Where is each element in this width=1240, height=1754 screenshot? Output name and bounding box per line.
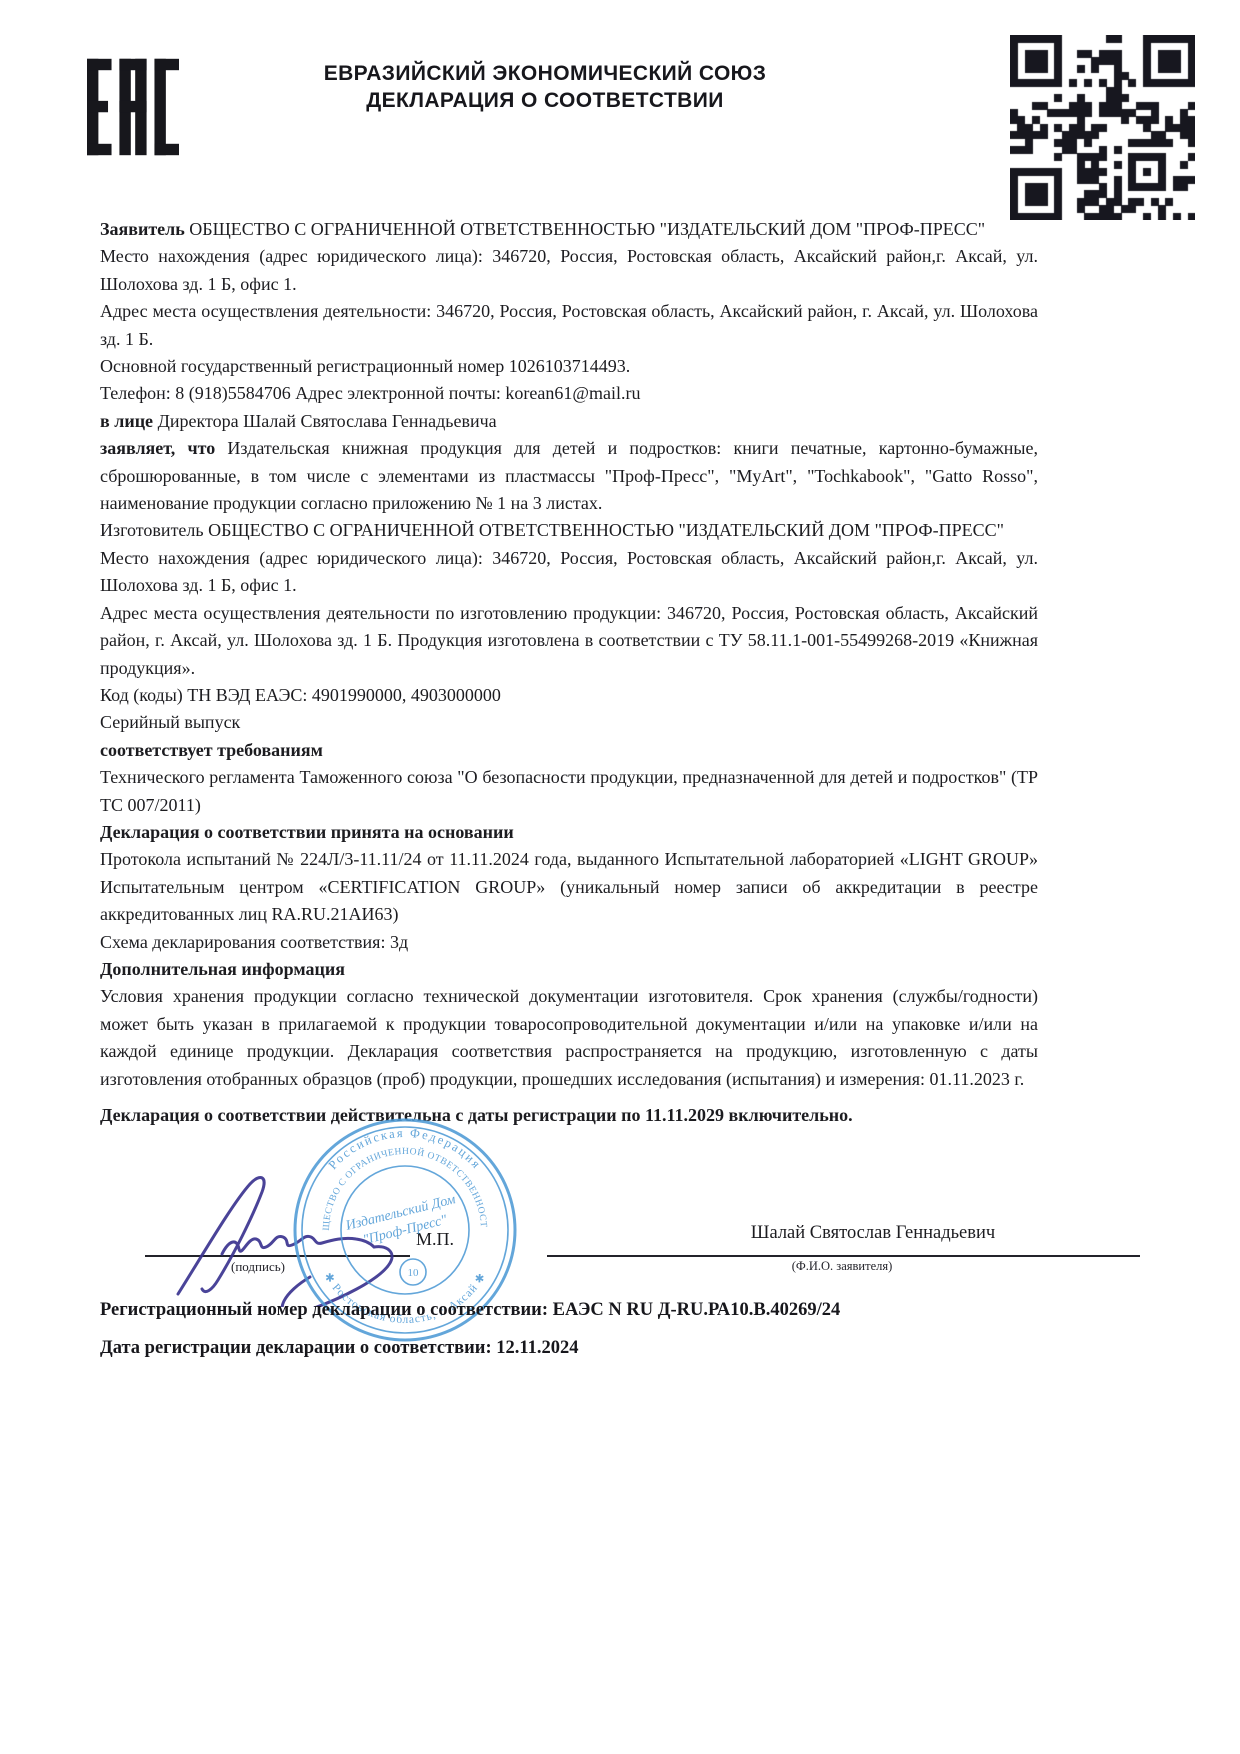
document-title: ЕВРАЗИЙСКИЙ ЭКОНОМИЧЕСКИЙ СОЮЗ ДЕКЛАРАЦИ… [245, 60, 845, 114]
paragraph: Декларация о соответствии действительна … [100, 1102, 1038, 1129]
paragraph: Протокола испытаний № 224Л/3-11.11/24 от… [100, 846, 1038, 928]
paragraph: Адрес места осуществления деятельности п… [100, 600, 1038, 682]
title-line-union: ЕВРАЗИЙСКИЙ ЭКОНОМИЧЕСКИЙ СОЮЗ [245, 60, 845, 87]
paragraph: Код (коды) ТН ВЭД ЕАЭС: 4901990000, 4903… [100, 682, 1038, 709]
eac-logo [87, 53, 179, 161]
paragraph: в лице Директора Шалай Святослава Геннад… [100, 408, 1038, 435]
paragraph: Изготовитель ОБЩЕСТВО С ОГРАНИЧЕННОЙ ОТВ… [100, 517, 1038, 544]
paragraph: Условия хранения продукции согласно техн… [100, 983, 1038, 1093]
registration-date-line: Дата регистрации декларации о соответств… [100, 1338, 1100, 1359]
paragraph: Серийный выпуск [100, 709, 1038, 736]
qr-code-icon [1010, 35, 1195, 220]
registration-number-line: Регистрационный номер декларации о соотв… [100, 1300, 1100, 1321]
paragraph: Декларация о соответствии принята на осн… [100, 819, 1038, 846]
paragraph: соответствует требованиям [100, 737, 1038, 764]
paragraph: Основной государственный регистрационный… [100, 353, 1038, 380]
paragraph: Дополнительная информация [100, 956, 1038, 983]
document-body: Заявитель ОБЩЕСТВО С ОГРАНИЧЕННОЙ ОТВЕТС… [100, 216, 1038, 1129]
paragraph: Телефон: 8 (918)5584706 Адрес электронно… [100, 380, 1038, 407]
paragraph: заявляет, что Издательская книжная проду… [100, 435, 1038, 517]
stamp-badge-number: 10 [408, 1267, 420, 1279]
paragraph: Место нахождения (адрес юридического лиц… [100, 545, 1038, 600]
applicant-caption: (Ф.И.О. заявителя) [712, 1259, 972, 1274]
paragraph: Адрес места осуществления деятельности: … [100, 298, 1038, 353]
applicant-name: Шалай Святослав Геннадьевич [653, 1223, 1093, 1244]
paragraph: Схема декларирования соответствия: 3д [100, 929, 1038, 956]
paragraph: Технического регламента Таможенного союз… [100, 764, 1038, 819]
applicant-name-line [547, 1255, 1140, 1257]
paragraph: Заявитель ОБЩЕСТВО С ОГРАНИЧЕННОЙ ОТВЕТС… [100, 216, 1038, 243]
declaration-document-page: ЕВРАЗИЙСКИЙ ЭКОНОМИЧЕСКИЙ СОЮЗ ДЕКЛАРАЦИ… [0, 0, 1240, 1754]
paragraph: Место нахождения (адрес юридического лиц… [100, 243, 1038, 298]
title-line-declaration: ДЕКЛАРАЦИЯ О СООТВЕТСТВИИ [245, 87, 845, 114]
